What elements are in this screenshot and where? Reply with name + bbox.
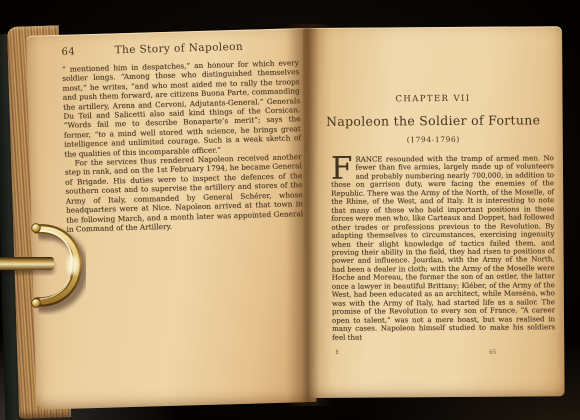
brass-clasp (0, 210, 98, 324)
left-page-paragraph-2: For the services thus rendered Napoleon … (65, 152, 304, 234)
left-page-body: “ mentioned him in despatches,” an honou… (27, 51, 312, 235)
bottom-page-number: 65 (489, 350, 496, 356)
right-page-body: FRANCE resounded with the tramp of armed… (304, 154, 564, 342)
page-number: 64 (61, 46, 75, 57)
chapter-label: CHAPTER VII (303, 93, 562, 105)
brass-clasp-icon (0, 210, 98, 324)
chapter-dates: (1794-1796) (304, 134, 563, 145)
left-page-paragraph-1: “ mentioned him in despatches,” an honou… (62, 58, 302, 159)
book-photograph: 64 The Story of Napoleon “ mentioned him… (0, 0, 580, 420)
chapter-heading-block: CHAPTER VII Napoleon the Soldier of Fort… (303, 93, 562, 145)
right-page: CHAPTER VII Napoleon the Soldier of Fort… (303, 26, 565, 398)
chapter-title: Napoleon the Soldier of Fortune (304, 112, 563, 129)
drop-cap-letter: F (331, 156, 356, 181)
signature-mark: E (335, 350, 339, 356)
right-page-text: RANCE resounded with the tramp of armed … (331, 153, 555, 341)
